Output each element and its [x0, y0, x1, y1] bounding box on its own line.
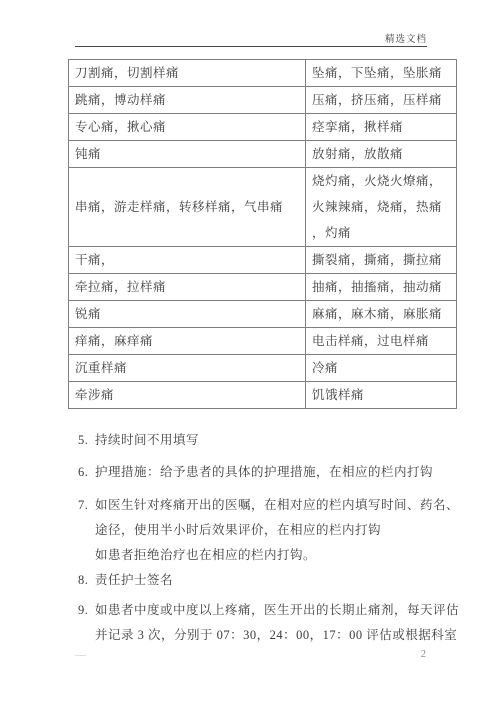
pain-cell-left: 钝痛 — [69, 141, 306, 168]
pain-cell-text: 痒痛，麻痒痛 — [75, 328, 299, 354]
pain-cell-text: 饥饿样痛 — [312, 382, 450, 408]
pain-cell-right: 放射痛，放散痛 — [306, 141, 457, 168]
pain-cell-text: ，灼痛 — [312, 220, 450, 246]
pain-cell-right: 坠痛，下坠痛，坠胀痛 — [306, 60, 457, 87]
pain-cell-text: 跳痛，博动样痛 — [75, 87, 299, 113]
list-item-number: 7. — [78, 493, 88, 518]
pain-cell-text: 撕裂痛，撕痛，撕拉痛 — [312, 247, 450, 273]
table-row: 干痛，撕裂痛，撕痛，撕拉痛 — [69, 247, 457, 274]
footer-dash: — — [75, 649, 86, 661]
table-row: 痒痛，麻痒痛电击样痛，过电样痛 — [69, 328, 457, 355]
pain-cell-text: 刀割痛，切割样痛 — [75, 60, 299, 86]
pain-cell-right: 烧灼痛，火烧火燎痛，火辣辣痛，烧痛，热痛，灼痛 — [306, 168, 457, 247]
pain-cell-left: 干痛， — [69, 247, 306, 274]
pain-cell-left: 痒痛，麻痒痛 — [69, 328, 306, 355]
list-item: 7.如医生针对疼痛开出的医嘱，在相对应的栏内填写时间、药名、途径，使用半小时后效… — [78, 493, 448, 568]
list-item-line: 如医生针对疼痛开出的医嘱，在相对应的栏内填写时间、药名、 — [95, 493, 448, 518]
pain-cell-right: 麻痛，麻木痛，麻胀痛 — [306, 301, 457, 328]
pain-cell-text: 烧灼痛，火烧火燎痛， — [312, 168, 450, 194]
table-row: 串痛，游走样痛，转移样痛，气串痛烧灼痛，火烧火燎痛，火辣辣痛，烧痛，热痛，灼痛 — [69, 168, 457, 247]
header-rule — [75, 46, 427, 47]
pain-cell-right: 痉挛痛，揪样痛 — [306, 114, 457, 141]
table-row: 牵涉痛饥饿样痛 — [69, 382, 457, 409]
list-item-line: 护理措施：给予患者的具体的护理措施，在相应的栏内打钩 — [95, 460, 448, 485]
list-item-number: 6. — [78, 460, 88, 485]
pain-cell-left: 跳痛，博动样痛 — [69, 87, 306, 114]
pain-cell-left: 串痛，游走样痛，转移样痛，气串痛 — [69, 168, 306, 247]
table-row: 沉重样痛冷痛 — [69, 355, 457, 382]
pain-cell-right: 冷痛 — [306, 355, 457, 382]
pain-cell-text: 麻痛，麻木痛，麻胀痛 — [312, 301, 450, 327]
list-item-number: 9. — [78, 598, 88, 623]
pain-cell-left: 牵涉痛 — [69, 382, 306, 409]
pain-table-body: 刀割痛，切割样痛坠痛，下坠痛，坠胀痛跳痛，博动样痛压痛，挤压痛，压样痛专心痛，揪… — [69, 60, 457, 409]
pain-cell-right: 饥饿样痛 — [306, 382, 457, 409]
pain-cell-text: 电击样痛，过电样痛 — [312, 328, 450, 354]
list-item-line: 并记录 3 次，分别于 07：30，24：00，17：00 评估或根据科室 — [95, 623, 448, 648]
list-item: 8.责任护士签名 — [78, 568, 448, 593]
pain-cell-right: 抽痛，抽搐痛，抽动痛 — [306, 274, 457, 301]
pain-cell-text: 钝痛 — [75, 141, 299, 167]
pain-cell-text: 专心痛，揪心痛 — [75, 114, 299, 140]
table-row: 锐痛麻痛，麻木痛，麻胀痛 — [69, 301, 457, 328]
pain-cell-text: 串痛，游走样痛，转移样痛，气串痛 — [75, 194, 299, 220]
pain-cell-left: 牵拉痛，拉样痛 — [69, 274, 306, 301]
list-item-number: 8. — [78, 568, 88, 593]
list-item: 5.持续时间不用填写 — [78, 428, 448, 453]
table-row: 刀割痛，切割样痛坠痛，下坠痛，坠胀痛 — [69, 60, 457, 87]
list-item: 9.如患者中度或中度以上疼痛，医生开出的长期止痛剂，每天评估并记录 3 次，分别… — [78, 598, 448, 648]
list-item: 6.护理措施：给予患者的具体的护理措施，在相应的栏内打钩 — [78, 460, 448, 485]
pain-cell-text: 抽痛，抽搐痛，抽动痛 — [312, 274, 450, 300]
notes-list: 5.持续时间不用填写6.护理措施：给予患者的具体的护理措施，在相应的栏内打钩7.… — [78, 428, 448, 648]
list-item-number: 5. — [78, 428, 88, 453]
pain-cell-right: 电击样痛，过电样痛 — [306, 328, 457, 355]
pain-cell-text: 锐痛 — [75, 301, 299, 327]
table-row: 专心痛，揪心痛痉挛痛，揪样痛 — [69, 114, 457, 141]
pain-cell-text: 牵拉痛，拉样痛 — [75, 274, 299, 300]
list-item-line: 途径，使用半小时后效果评价，在相应的栏内打钩 — [95, 518, 448, 543]
pain-cell-text: 放射痛，放散痛 — [312, 141, 450, 167]
pain-cell-text: 干痛， — [75, 247, 299, 273]
pain-cell-text: 沉重样痛 — [75, 355, 299, 381]
pain-cell-left: 刀割痛，切割样痛 — [69, 60, 306, 87]
pain-cell-text: 压痛，挤压痛，压样痛 — [312, 87, 450, 113]
pain-cell-left: 沉重样痛 — [69, 355, 306, 382]
list-item-line: 如患者拒绝治疗也在相应的栏内打钩。 — [95, 543, 448, 568]
pain-cell-text: 痉挛痛，揪样痛 — [312, 114, 450, 140]
pain-terms-table: 刀割痛，切割样痛坠痛，下坠痛，坠胀痛跳痛，博动样痛压痛，挤压痛，压样痛专心痛，揪… — [68, 59, 457, 409]
table-row: 牵拉痛，拉样痛抽痛，抽搐痛，抽动痛 — [69, 274, 457, 301]
document-page: 精选文档 刀割痛，切割样痛坠痛，下坠痛，坠胀痛跳痛，博动样痛压痛，挤压痛，压样痛… — [0, 0, 500, 708]
pain-cell-text: 坠痛，下坠痛，坠胀痛 — [312, 60, 450, 86]
pain-cell-left: 专心痛，揪心痛 — [69, 114, 306, 141]
pain-cell-left: 锐痛 — [69, 301, 306, 328]
pain-cell-text: 火辣辣痛，烧痛，热痛 — [312, 194, 450, 220]
pain-cell-right: 压痛，挤压痛，压样痛 — [306, 87, 457, 114]
table-row: 钝痛放射痛，放散痛 — [69, 141, 457, 168]
table-row: 跳痛，博动样痛压痛，挤压痛，压样痛 — [69, 87, 457, 114]
list-item-line: 如患者中度或中度以上疼痛，医生开出的长期止痛剂，每天评估 — [95, 598, 448, 623]
pain-cell-right: 撕裂痛，撕痛，撕拉痛 — [306, 247, 457, 274]
pain-cell-text: 牵涉痛 — [75, 382, 299, 408]
pain-cell-text: 冷痛 — [312, 355, 450, 381]
list-item-line: 持续时间不用填写 — [95, 428, 448, 453]
header-watermark-label: 精选文档 — [385, 31, 427, 45]
list-item-line: 责任护士签名 — [95, 568, 448, 593]
page-number: 2 — [421, 649, 426, 660]
